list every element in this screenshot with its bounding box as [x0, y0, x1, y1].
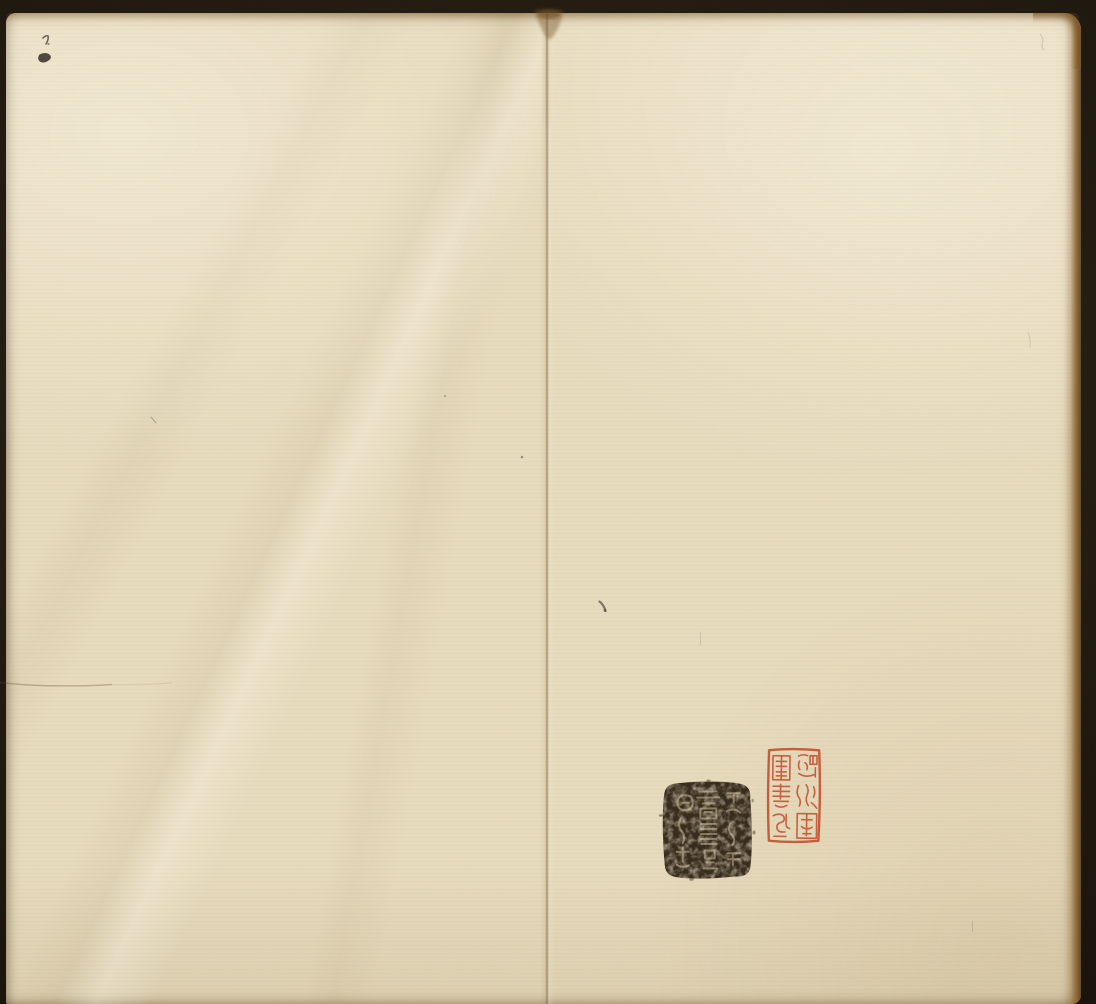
right-page-half — [549, 13, 1081, 1004]
left-page-half — [6, 13, 546, 1004]
paper-leaf — [6, 13, 1081, 1004]
center-fold-crease — [546, 13, 548, 1004]
scanned-album-page — [0, 0, 1096, 1004]
